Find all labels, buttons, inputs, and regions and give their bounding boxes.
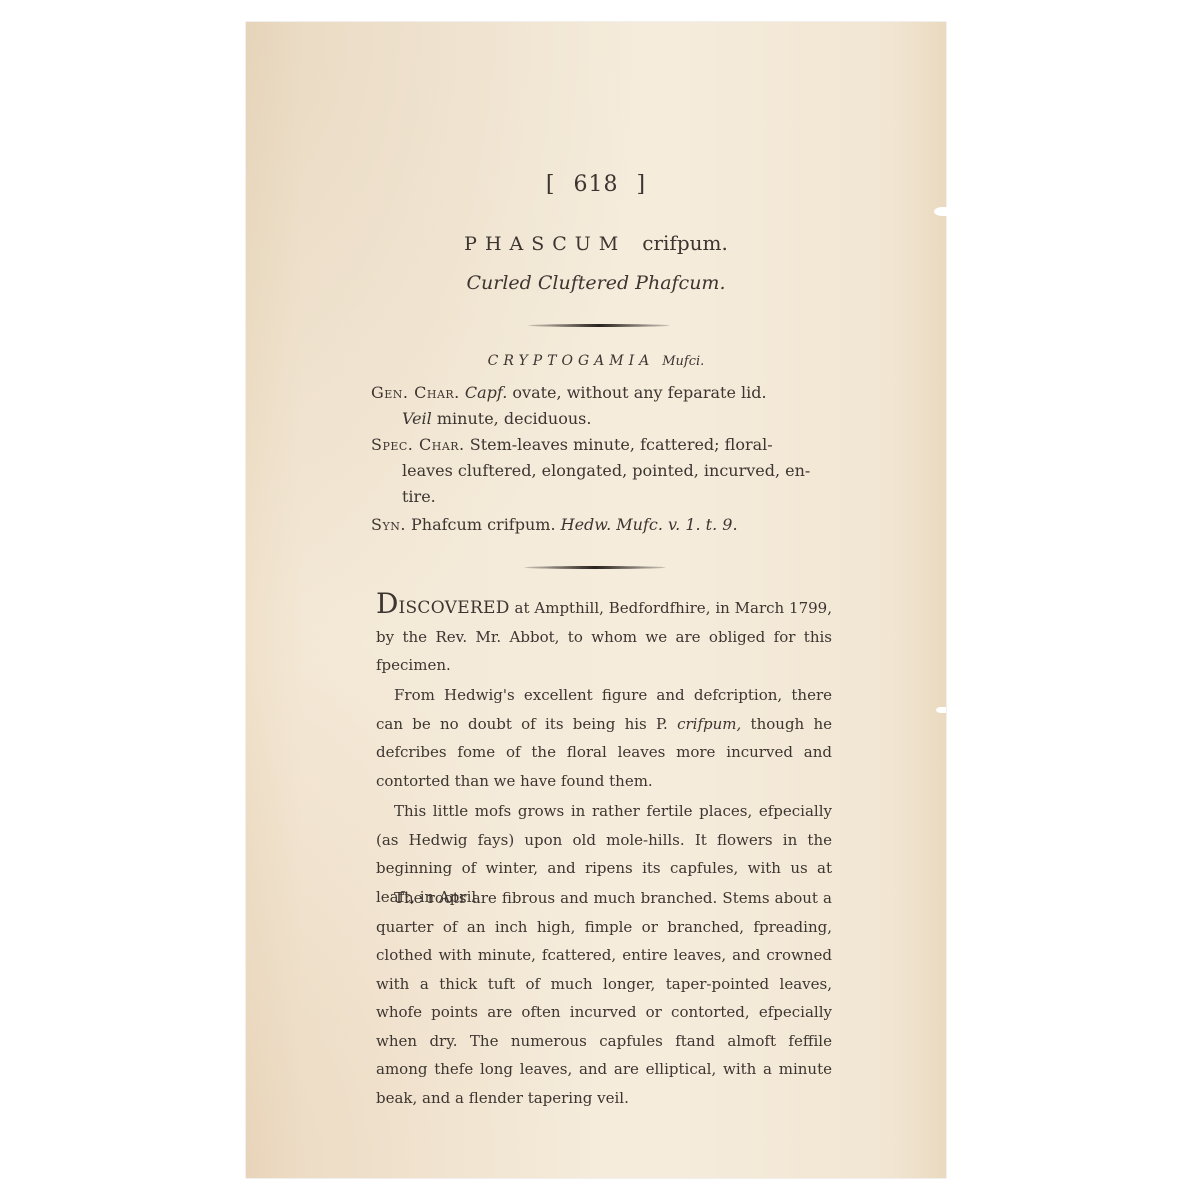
specific-character: Spec. Char. Stem-leaves minute, fcattere… — [371, 432, 831, 510]
bracket-close: ] — [637, 172, 647, 197]
synonym: Syn. Phafcum crifpum. Hedw. Mufc. v. 1. … — [371, 512, 831, 538]
gen-char-label: Gen. Char. — [371, 383, 460, 402]
ornamental-rule-top — [528, 324, 670, 327]
species-title: PHASCUMcrifpum. — [246, 231, 946, 255]
edge-tear — [936, 707, 946, 713]
paragraph-description: The roots are fibrous and much branched.… — [376, 884, 832, 1112]
ornamental-rule-bottom — [524, 566, 666, 569]
page-number: [618] — [246, 172, 946, 197]
bracket-open: [ — [546, 172, 556, 197]
spec-char-text1: Stem-leaves minute, fcattered; floral- — [465, 435, 773, 454]
order-name: Mufci. — [662, 354, 704, 369]
gen-char-italic2: Veil — [402, 409, 432, 428]
class-name: CRYPTOGAMIA — [488, 353, 655, 369]
gen-char-text2: minute, deciduous. — [432, 409, 592, 428]
p2-italic: crifpum, — [677, 715, 741, 733]
p4-text: The roots are fibrous and much branched.… — [376, 884, 832, 1112]
classification: CRYPTOGAMIAMufci. — [246, 353, 946, 369]
syn-text: Phafcum crifpum. — [406, 515, 561, 534]
paragraph-hedwig: From Hedwig's excellent figure and defcr… — [376, 681, 832, 795]
paragraph-discovery: DISCOVERED at Ampthill, Bedfordfhire, in… — [376, 594, 832, 680]
species-name: crifpum. — [642, 231, 728, 255]
syn-reference: Hedw. Mufc. v. 1. t. 9. — [561, 515, 738, 534]
spec-char-label: Spec. Char. — [371, 435, 465, 454]
book-page: [618] PHASCUMcrifpum. Curled Cluftered P… — [246, 22, 946, 1178]
page-number-value: 618 — [574, 172, 619, 197]
common-name: Curled Cluftered Phafcum. — [246, 272, 946, 294]
edge-tear — [934, 207, 950, 216]
gen-char-italic: Capf. — [465, 383, 507, 402]
gen-char-text1: ovate, without any feparate lid. — [507, 383, 766, 402]
spec-char-text3: tire. — [371, 484, 831, 510]
spec-char-text2: leaves cluftered, elongated, pointed, in… — [371, 458, 831, 484]
genus-name: PHASCUM — [464, 233, 626, 255]
syn-label: Syn. — [371, 515, 406, 534]
generic-character: Gen. Char. Capf. ovate, without any fepa… — [371, 380, 831, 432]
drop-cap: D — [376, 587, 398, 620]
opening-caps: ISCOVERED — [398, 598, 509, 618]
gen-char-line2: Veil minute, deciduous. — [371, 406, 831, 432]
